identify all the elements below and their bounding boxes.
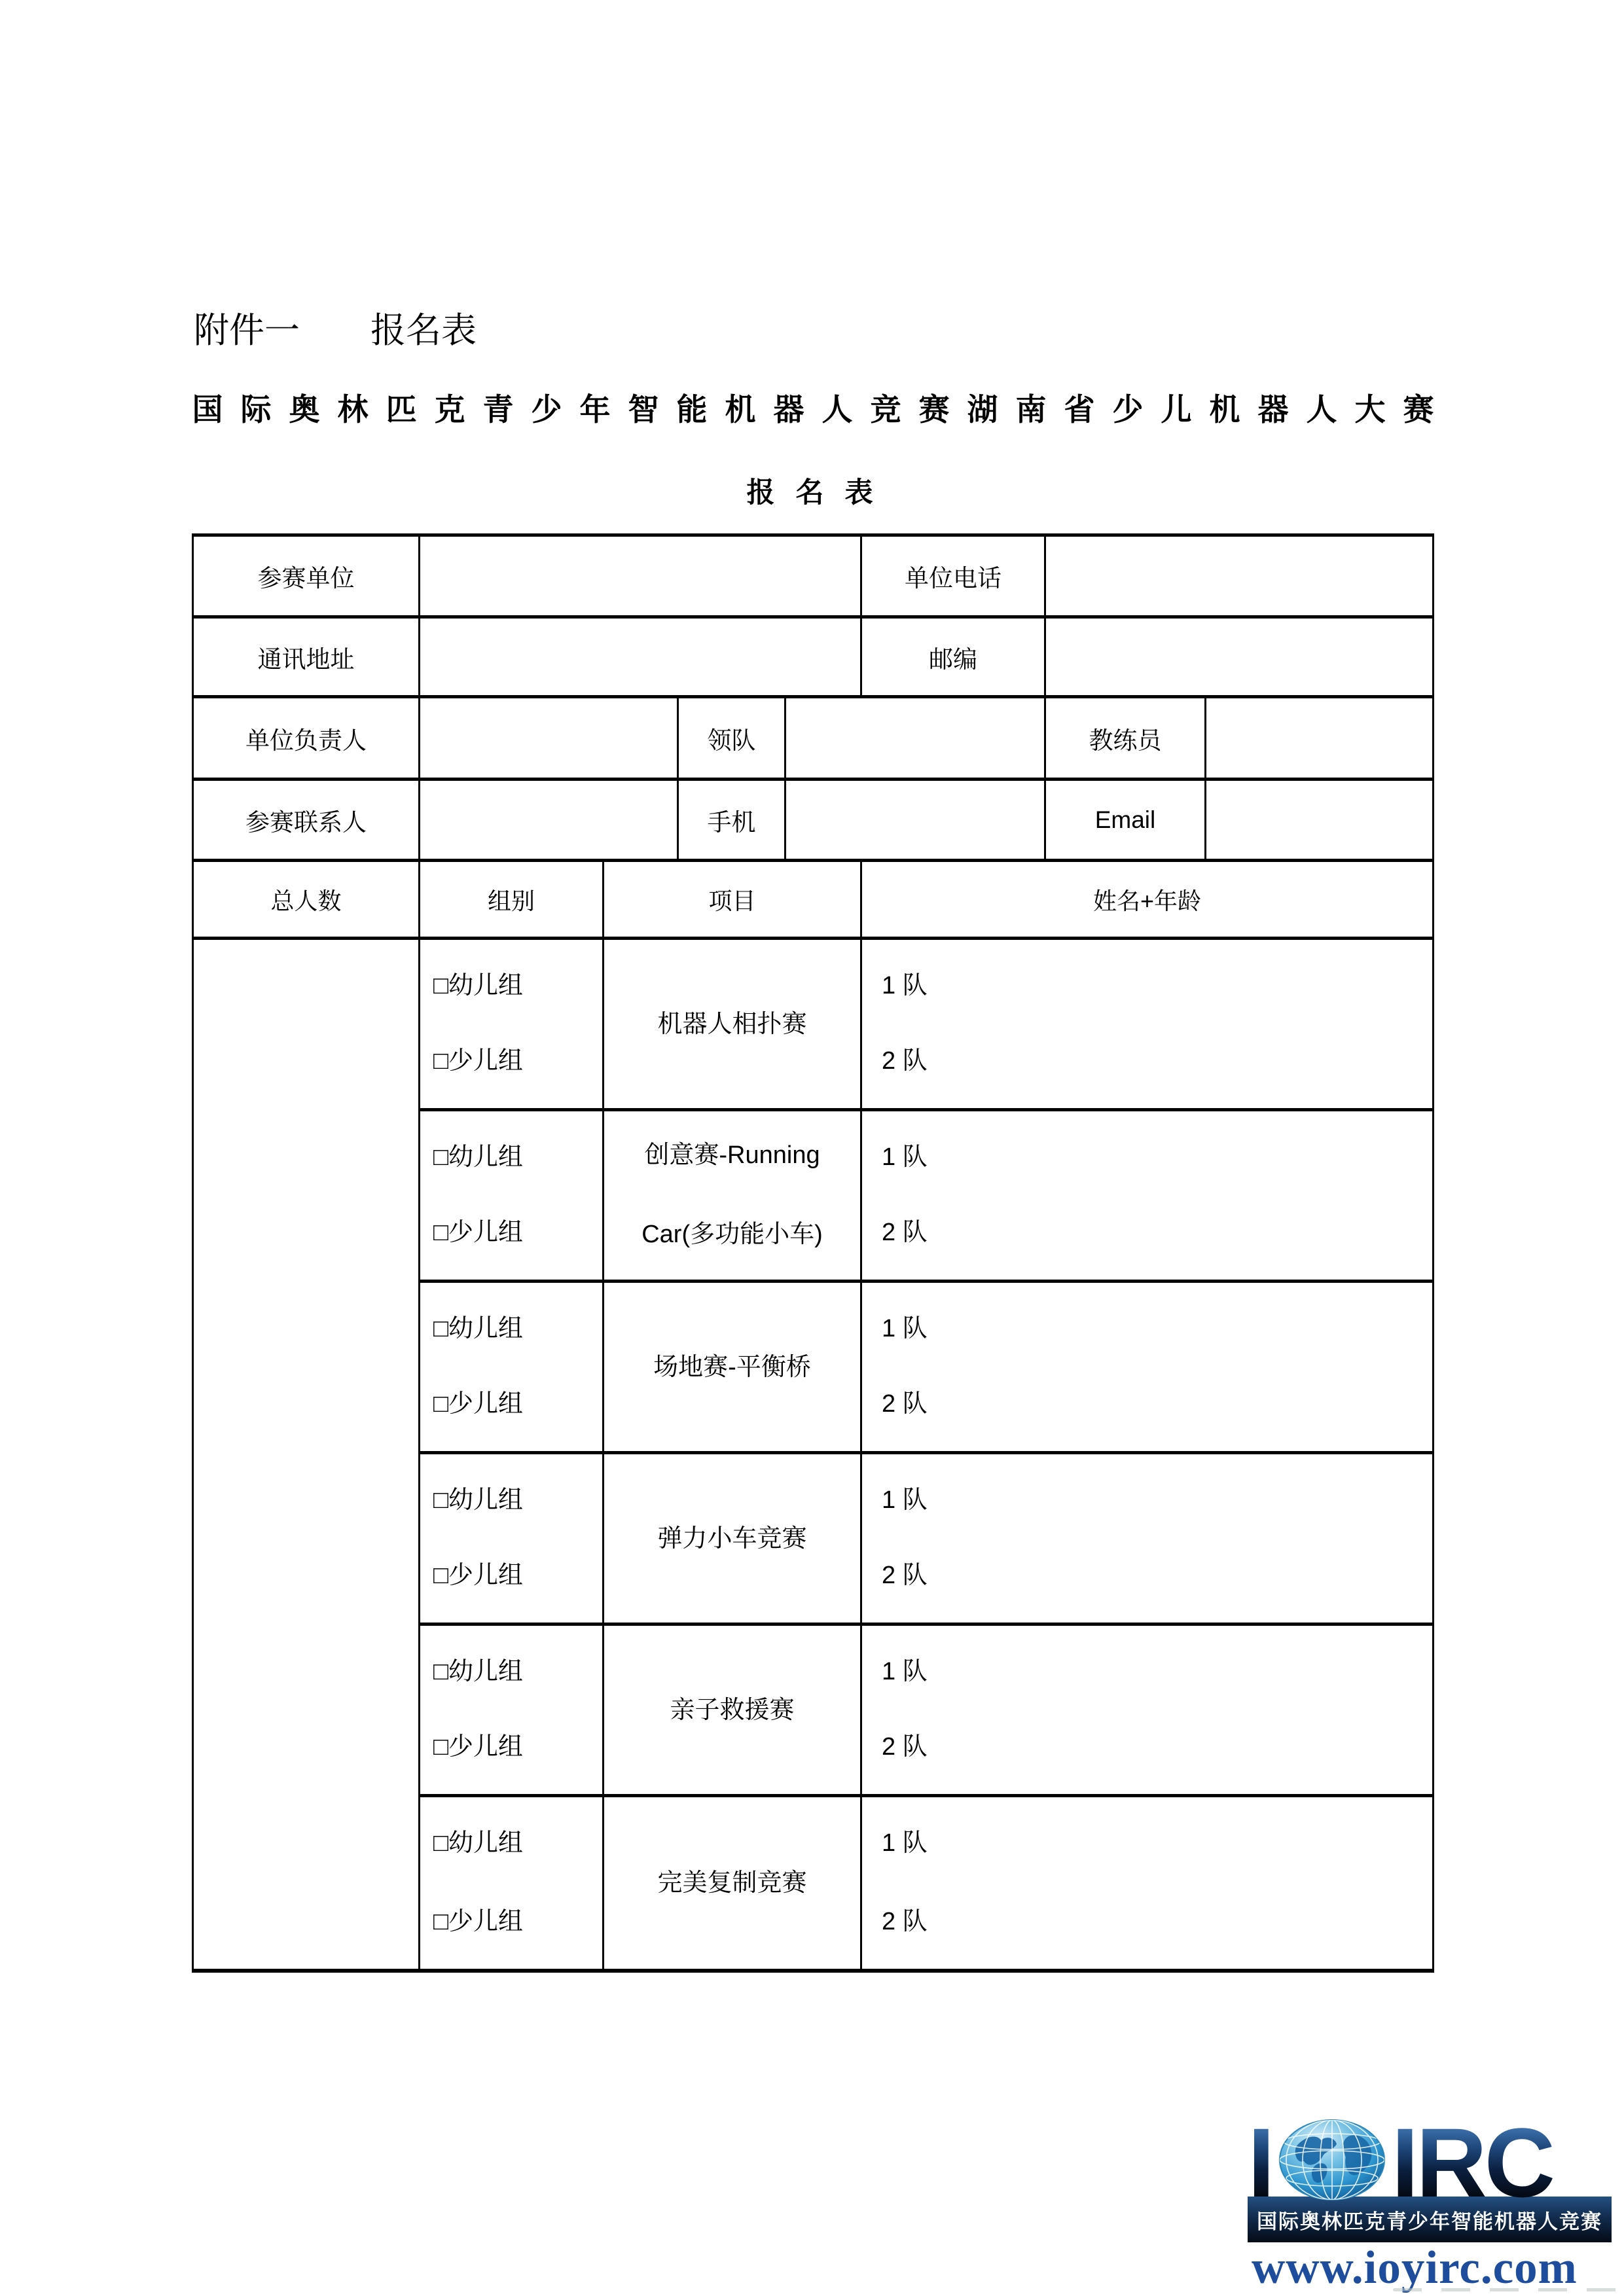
input-unit-phone <box>1046 537 1432 619</box>
checkbox-children-group: □少儿组 <box>433 1732 523 1761</box>
group-cell: □幼儿组 □少儿组 <box>420 1626 604 1797</box>
names-cell: 1 队 2 队 <box>862 1111 1432 1283</box>
project-name-cell: 创意赛-Running Car(多功能小车) <box>604 1111 862 1283</box>
field-label-coach: 教练员 <box>1046 698 1206 781</box>
project-name-cell: 完美复制竞赛 <box>604 1797 862 1969</box>
project-name: 机器人相扑赛 <box>657 1009 806 1039</box>
ioirc-logo: I <box>1248 2121 1613 2288</box>
team-2-slot: 2 队 <box>882 1561 928 1590</box>
project-name-cell: 场地赛-平衡桥 <box>604 1283 862 1454</box>
project-name: 亲子救援赛 <box>670 1695 794 1725</box>
checkbox-children-group: □少儿组 <box>433 1907 523 1936</box>
group-cell: □幼儿组 □少儿组 <box>420 940 604 1111</box>
team-1-slot: 1 队 <box>882 1314 928 1343</box>
field-label-unit-head: 单位负责人 <box>194 698 420 781</box>
team-1-slot: 1 队 <box>882 1486 928 1515</box>
names-cell: 1 队 2 队 <box>862 1283 1432 1454</box>
field-label-postcode: 邮编 <box>862 619 1046 698</box>
project-name-line1: 创意赛-Running <box>644 1140 820 1170</box>
team-2-slot: 2 队 <box>882 1907 928 1936</box>
team-2-slot: 2 队 <box>882 1732 928 1761</box>
names-cell: 1 队 2 队 <box>862 1454 1432 1626</box>
group-cell: □幼儿组 □少儿组 <box>420 1283 604 1454</box>
team-1-slot: 1 队 <box>882 1829 928 1857</box>
competition-title: 国际奥林匹克青少年智能机器人竞赛湖南省少儿机器人大赛 <box>192 387 1452 432</box>
team-2-slot: 2 队 <box>882 1218 928 1247</box>
checkbox-kindergarten-group: □幼儿组 <box>433 971 523 1000</box>
project-name: 场地赛-平衡桥 <box>653 1352 811 1382</box>
checkbox-children-group: □少儿组 <box>433 1047 523 1075</box>
field-label-unit-phone: 单位电话 <box>862 537 1046 619</box>
project-name: 弹力小车竞赛 <box>657 1524 806 1554</box>
names-cell: 1 队 2 队 <box>862 1797 1432 1969</box>
team-1-slot: 1 队 <box>882 1143 928 1172</box>
checkbox-children-group: □少儿组 <box>433 1561 523 1590</box>
input-address <box>420 619 862 698</box>
checkbox-children-group: □少儿组 <box>433 1218 523 1247</box>
registration-table: 参赛单位 单位电话 通讯地址 邮编 单位负责人 领队 教练员 参赛联系人 手机 … <box>192 533 1434 1973</box>
team-1-slot: 1 队 <box>882 1657 928 1686</box>
names-cell: 1 队 2 队 <box>862 1626 1432 1797</box>
checkbox-kindergarten-group: □幼儿组 <box>433 1314 523 1343</box>
field-label-address: 通讯地址 <box>194 619 420 698</box>
document-page: 附件一 报名表 国际奥林匹克青少年智能机器人竞赛湖南省少儿机器人大赛 报 名 表… <box>0 0 1624 2296</box>
checkbox-kindergarten-group: □幼儿组 <box>433 1829 523 1857</box>
group-cell: □幼儿组 □少儿组 <box>420 1111 604 1283</box>
field-label-unit: 参赛单位 <box>194 537 420 619</box>
attachment-heading: 附件一 报名表 <box>194 309 477 352</box>
form-subtitle: 报 名 表 <box>194 473 1432 513</box>
field-label-contact: 参赛联系人 <box>194 781 420 862</box>
logo-website-url: www.ioyirc.com <box>1248 2248 1613 2288</box>
checkbox-children-group: □少儿组 <box>433 1390 523 1418</box>
team-1-slot: 1 队 <box>882 971 928 1000</box>
cropped-watermark-remnant <box>1393 2288 1618 2291</box>
input-team-leader <box>786 698 1046 781</box>
project-name-cell: 弹力小车竞赛 <box>604 1454 862 1626</box>
field-label-email: Email <box>1046 781 1206 862</box>
team-2-slot: 2 队 <box>882 1047 928 1075</box>
project-name: 完美复制竞赛 <box>657 1868 806 1898</box>
input-contact <box>420 781 679 862</box>
col-header-name-age: 姓名+年龄 <box>862 862 1432 940</box>
ioirc-wordmark: I <box>1248 2121 1613 2204</box>
project-name-line2: Car(多功能小车) <box>641 1219 823 1249</box>
input-total-count <box>194 940 420 1969</box>
team-2-slot: 2 队 <box>882 1390 928 1418</box>
wordmark-letters-irc: IRC <box>1392 2126 1553 2199</box>
checkbox-kindergarten-group: □幼儿组 <box>433 1657 523 1686</box>
field-label-mobile: 手机 <box>679 781 786 862</box>
checkbox-kindergarten-group: □幼儿组 <box>433 1143 523 1172</box>
col-header-total: 总人数 <box>194 862 420 940</box>
wordmark-letter-i: I <box>1248 2126 1272 2199</box>
input-coach <box>1206 698 1432 781</box>
col-header-project: 项目 <box>604 862 862 940</box>
input-unit-head <box>420 698 679 781</box>
input-email <box>1206 781 1432 862</box>
group-cell: □幼儿组 □少儿组 <box>420 1454 604 1626</box>
input-mobile <box>786 781 1046 862</box>
input-unit <box>420 537 862 619</box>
group-cell: □幼儿组 □少儿组 <box>420 1797 604 1969</box>
project-name-cell: 机器人相扑赛 <box>604 940 862 1111</box>
checkbox-kindergarten-group: □幼儿组 <box>433 1486 523 1515</box>
project-name-cell: 亲子救援赛 <box>604 1626 862 1797</box>
col-header-group: 组别 <box>420 862 604 940</box>
globe-icon <box>1278 2118 1386 2202</box>
names-cell: 1 队 2 队 <box>862 940 1432 1111</box>
input-postcode <box>1046 619 1432 698</box>
field-label-team-leader: 领队 <box>679 698 786 781</box>
